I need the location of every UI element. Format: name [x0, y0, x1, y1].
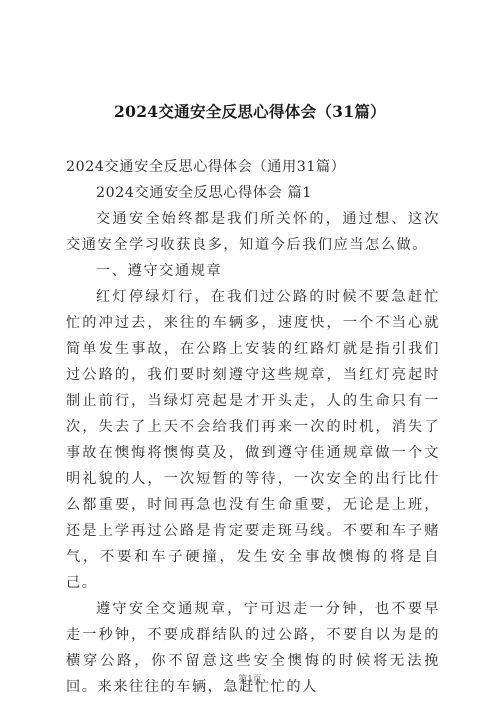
- paragraph-intro: 交通安全始终都是我们所关怀的，通过想、这次交通安全学习收获良多，知道今后我们应当…: [66, 206, 440, 258]
- page-number: 第1页: [0, 672, 500, 685]
- document-subtitle: 2024交通安全反思心得体会（通用31篇）: [66, 154, 440, 180]
- subsection-heading: 一、遵守交通规章: [66, 258, 440, 284]
- paragraph-traffic-lights: 红灯停绿灯行，在我们过公路的时候不要急赶忙忙的冲过去，来往的车辆多，速度快，一个…: [66, 284, 440, 596]
- section-heading: 2024交通安全反思心得体会 篇1: [66, 180, 440, 206]
- document-title: 2024交通安全反思心得体会（31篇）: [0, 100, 500, 122]
- document-body: 2024交通安全反思心得体会（通用31篇） 2024交通安全反思心得体会 篇1 …: [66, 154, 440, 700]
